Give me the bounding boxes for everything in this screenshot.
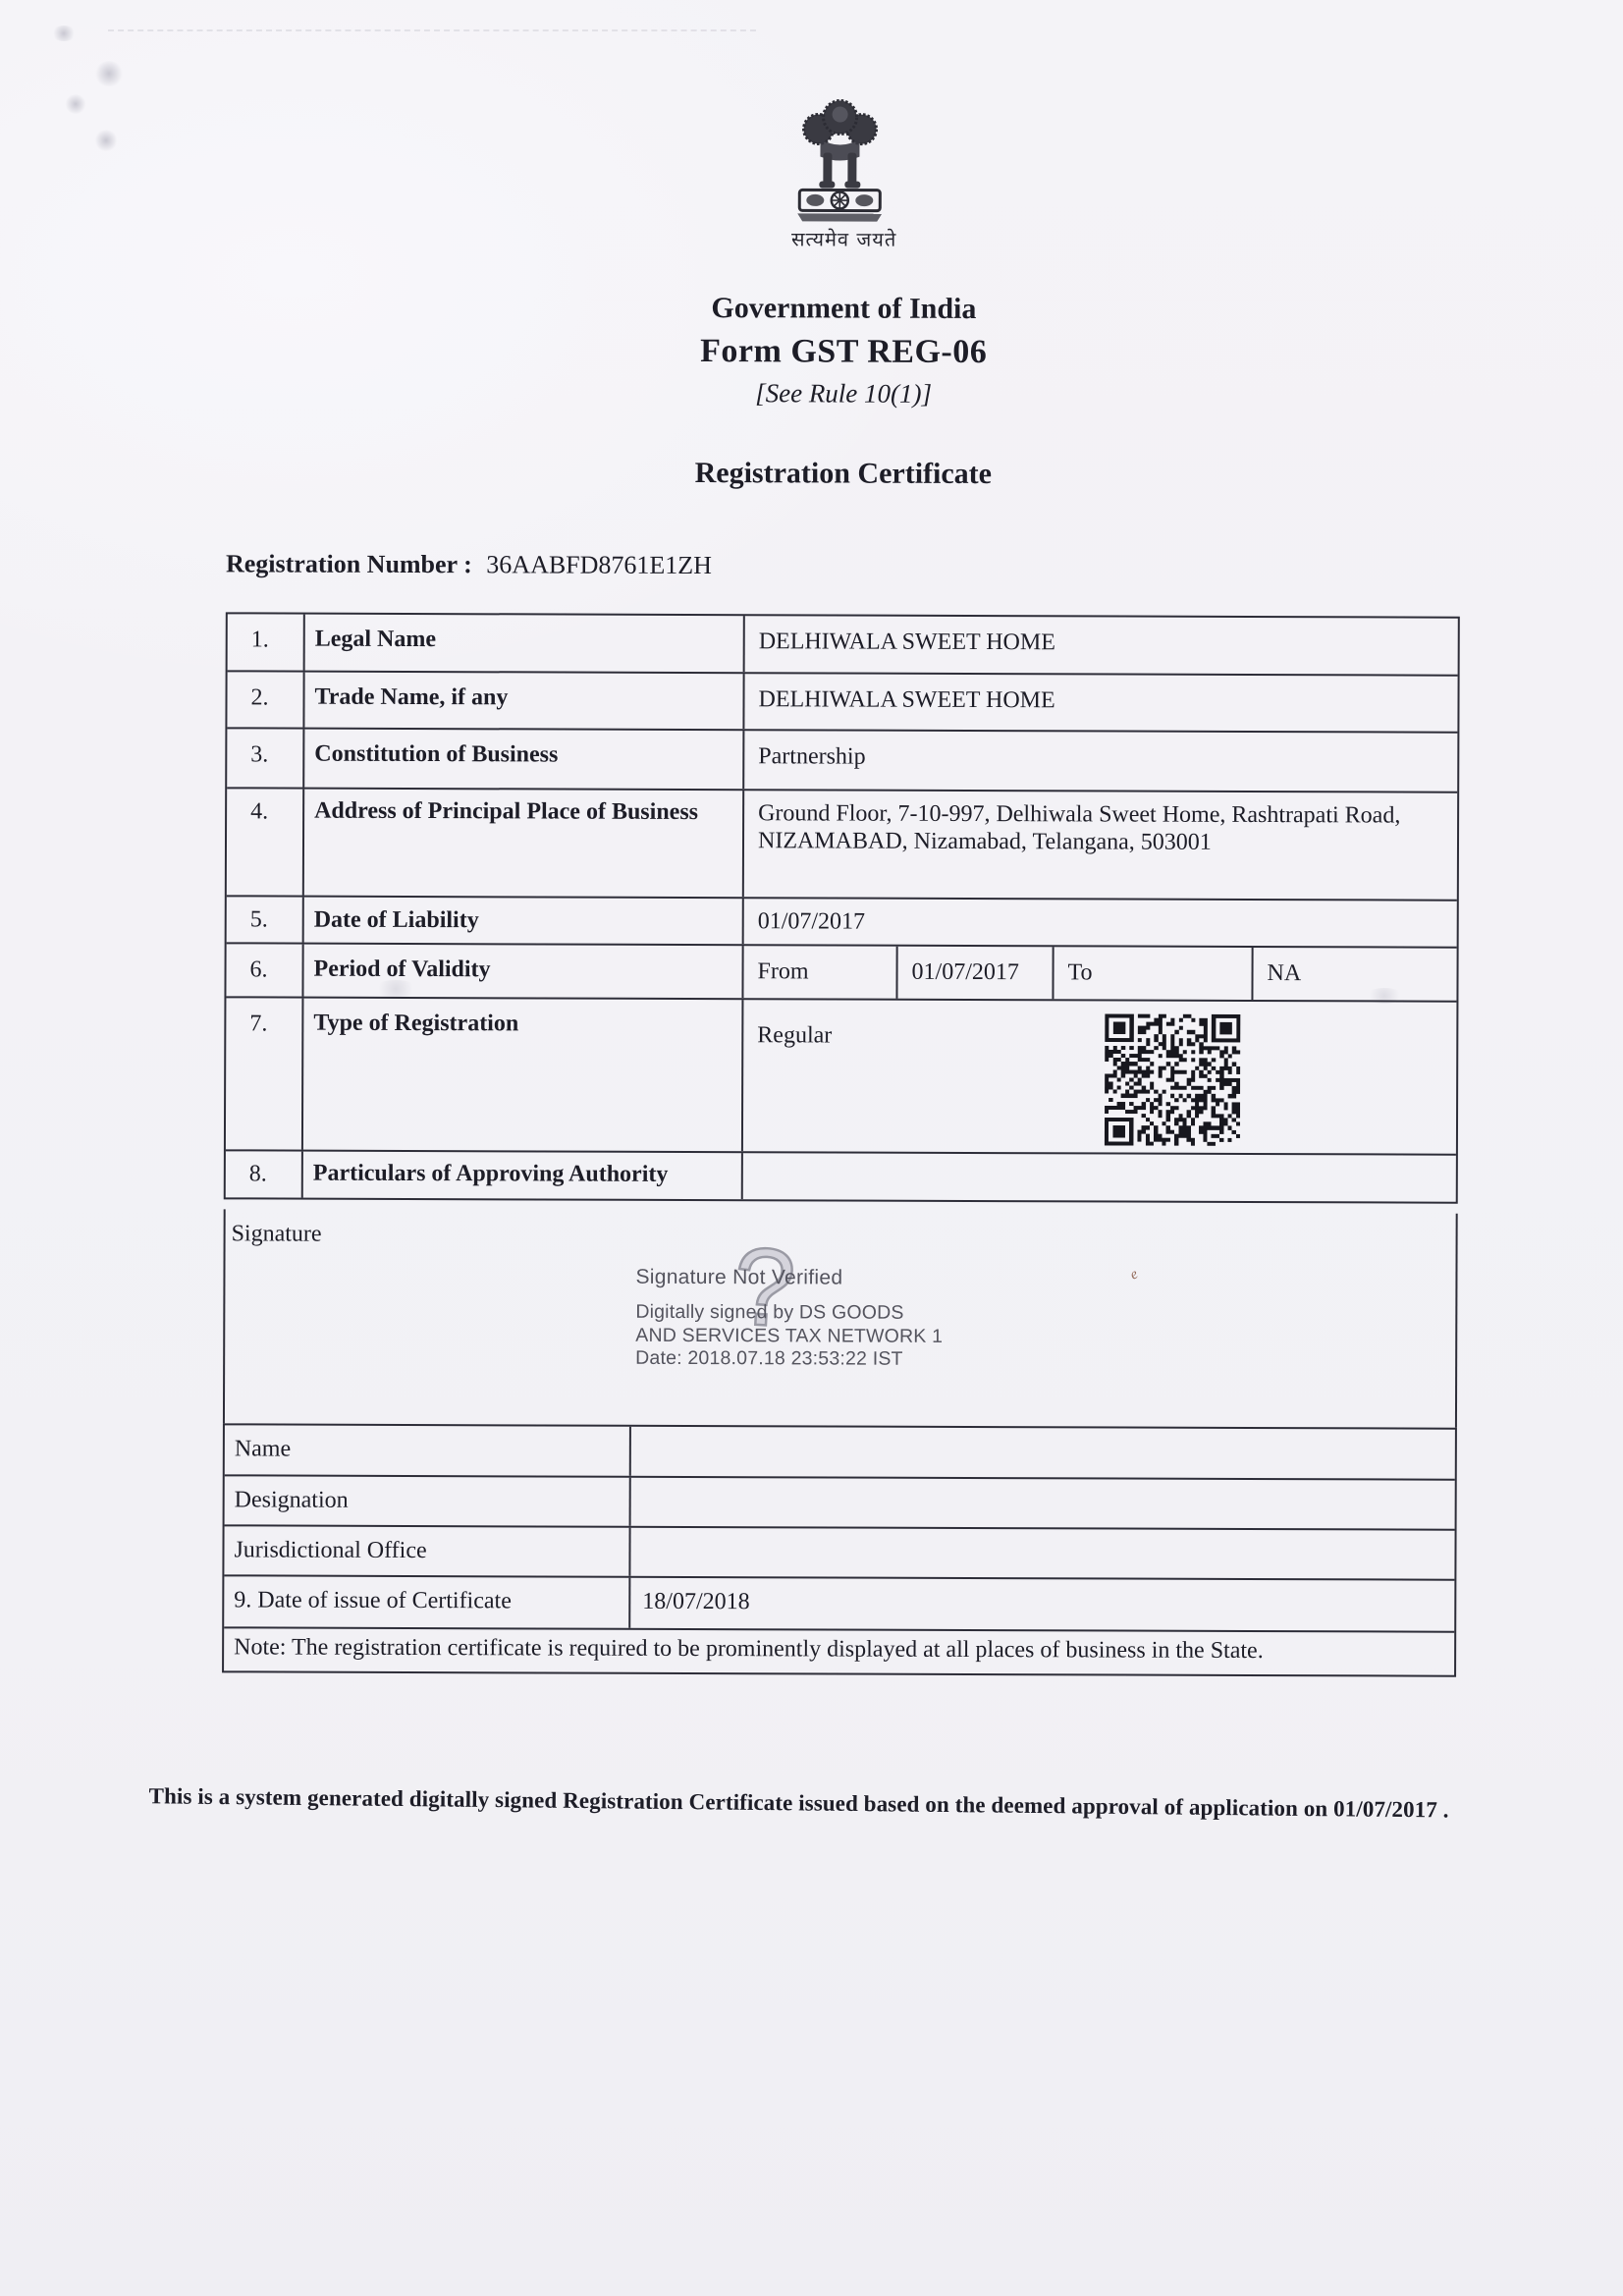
row-label: Address of Principal Place of Business: [304, 790, 744, 898]
ashoka-emblem-icon: [790, 87, 889, 225]
registration-number-label: Registration Number :: [226, 549, 472, 578]
row-label: Date of Liability: [304, 898, 744, 945]
row-number: 8.: [226, 1151, 303, 1197]
validity-from-label: From: [743, 946, 897, 999]
row-value: Ground Floor, 7-10-997, Delhiwala Sweet …: [744, 791, 1457, 900]
table-row-type-of-registration: 7. Type of Registration Regular: [226, 998, 1457, 1155]
table-row-trade-name: 2. Trade Name, if any DELHIWALA SWEET HO…: [227, 672, 1457, 733]
certificate-title: Registration Certificate: [226, 455, 1460, 492]
government-of-india-heading: Government of India: [227, 290, 1461, 327]
row-value: DELHIWALA SWEET HOME: [745, 616, 1458, 675]
table-row-name: Name: [225, 1425, 1455, 1480]
table-row-jurisdictional-office: Jurisdictional Office: [224, 1526, 1454, 1580]
table-row-date-of-issue: 9. Date of issue of Certificate 18/07/20…: [224, 1576, 1454, 1632]
row-label: Constitution of Business: [304, 730, 744, 790]
row-label: Type of Registration: [303, 999, 744, 1152]
row-value: 01/07/2017: [744, 899, 1457, 947]
row-value: [631, 1427, 1455, 1479]
signature-label: Signature: [232, 1221, 322, 1247]
validity-from-value: 01/07/2017: [897, 947, 1054, 1000]
validity-to-label: To: [1054, 947, 1253, 1000]
display-note: Note: The registration certificate is re…: [224, 1628, 1273, 1674]
row-label: Name: [225, 1425, 631, 1475]
signer-name-text: AND SERVICES TAX NETWORK 1: [635, 1324, 943, 1348]
row-value: 18/07/2018: [630, 1578, 1454, 1631]
signature-date-text: Date: 2018.07.18 23:53:22 IST: [635, 1347, 943, 1372]
row-label: Designation: [225, 1476, 631, 1525]
registration-number-line: Registration Number : 36AABFD8761E1ZH: [226, 549, 712, 580]
row-label: Period of Validity: [303, 945, 743, 999]
certificate-content: सत्यमेव जयते Government of India Form GS…: [0, 0, 1623, 2296]
table-row-date-of-liability: 5. Date of Liability 01/07/2017: [227, 897, 1457, 948]
row-number: 6.: [226, 944, 303, 996]
row-label: Trade Name, if any: [304, 673, 744, 730]
row-label: 9. Date of issue of Certificate: [224, 1576, 630, 1627]
validity-to-value: NA: [1253, 948, 1456, 1001]
row-value: [631, 1478, 1455, 1529]
table-row-note: Note: The registration certificate is re…: [224, 1628, 1454, 1674]
row-number: 1.: [228, 614, 305, 670]
signature-not-verified-text: Signature Not Verified: [635, 1266, 943, 1290]
validity-cells: From 01/07/2017 To NA: [743, 946, 1456, 1001]
row-label: Legal Name: [305, 615, 745, 673]
row-value: [743, 1153, 1456, 1202]
table-row-approving-authority: 8. Particulars of Approving Authority: [226, 1151, 1456, 1201]
table-row-designation: Designation: [225, 1476, 1455, 1530]
qr-code: [1105, 1013, 1240, 1145]
registration-number-value: 36AABFD8761E1ZH: [486, 550, 712, 579]
table-row-constitution: 3. Constitution of Business Partnership: [227, 729, 1457, 793]
table-row-legal-name: 1. Legal Name DELHIWALA SWEET HOME: [228, 614, 1458, 676]
row-value: Regular: [743, 1000, 1457, 1154]
signature-section: Signature ? Signature Not Verified Digit…: [223, 1209, 1458, 1427]
emblem-motto: सत्यमेव जयते: [227, 223, 1461, 253]
table-row-address: 4. Address of Principal Place of Busines…: [227, 789, 1457, 901]
authority-details-table: Name Designation Jurisdictional Office 9…: [222, 1423, 1457, 1676]
row-number: 5.: [227, 897, 304, 942]
scanned-certificate-page: e: [0, 0, 1623, 2296]
registration-type-value: Regular: [757, 1022, 832, 1048]
row-value: [630, 1528, 1454, 1579]
rule-reference: [See Rule 10(1)]: [227, 376, 1461, 410]
row-value: DELHIWALA SWEET HOME: [744, 674, 1457, 732]
row-number: 7.: [226, 998, 304, 1149]
row-number: 4.: [227, 789, 304, 895]
registration-details-table: 1. Legal Name DELHIWALA SWEET HOME 2. Tr…: [224, 612, 1460, 1203]
row-number: 2.: [227, 672, 304, 727]
row-label: Particulars of Approving Authority: [303, 1152, 743, 1200]
row-value: Partnership: [744, 731, 1457, 792]
form-name-heading: Form GST REG-06: [227, 331, 1461, 372]
row-label: Jurisdictional Office: [224, 1526, 630, 1575]
row-number: 3.: [227, 729, 304, 787]
system-generated-note: This is a system generated digitally sig…: [91, 1783, 1505, 1825]
table-row-period-of-validity: 6. Period of Validity From 01/07/2017 To…: [226, 944, 1456, 1002]
digitally-signed-by-text: Digitally signed by DS GOODS: [635, 1301, 943, 1326]
digital-signature-stamp: Signature Not Verified Digitally signed …: [635, 1266, 943, 1372]
